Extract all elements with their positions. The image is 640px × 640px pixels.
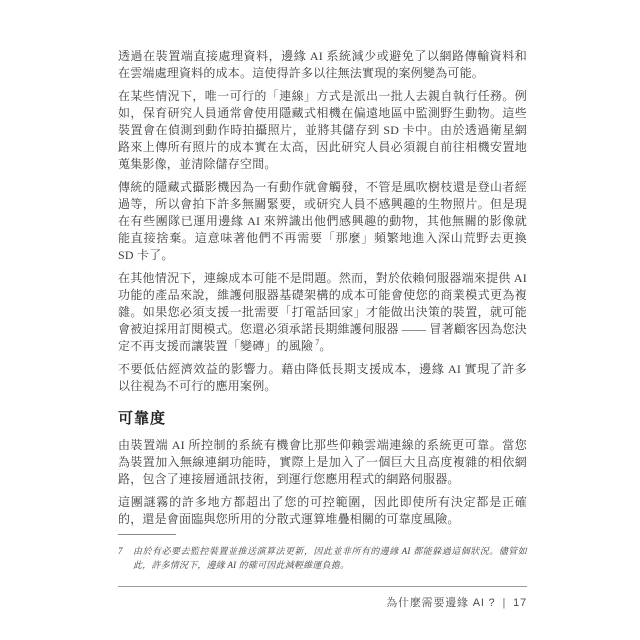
paragraph-4-tail: 。	[319, 339, 331, 353]
paragraph-2: 在某些情況下，唯一可行的「連線」方式是派出一批人去親自執行任務。例如，保育研究人…	[118, 88, 527, 173]
page-number: 17	[513, 597, 527, 609]
page-footer: 為什麼需要邊緣 AI ?|17	[118, 586, 527, 610]
paragraph-1: 透過在裝置端直接處理資料，邊緣 AI 系統減少或避免了以網路傳輸資料和在雲端處理…	[118, 48, 527, 82]
footer-line: 為什麼需要邊緣 AI ?|17	[118, 594, 527, 610]
footnote-text: 由於有必要去監控裝置並推送演算法更新，因此並非所有的邊緣 AI 都能躲過這個狀況…	[133, 544, 527, 572]
footnote-marker: 7	[118, 544, 133, 572]
paragraph-3: 傳統的隱藏式攝影機因為一有動作就會觸發，不管是風吹樹枝還是登山者經過等，所以會拍…	[118, 179, 527, 264]
section-heading-reliability: 可靠度	[118, 407, 527, 428]
paragraph-7: 這團謎霧的許多地方都超出了您的可控範圍，因此即使所有決定都是正確的，還是會面臨與…	[118, 494, 527, 528]
footnote-7: 7 由於有必要去監控裝置並推送演算法更新，因此並非所有的邊緣 AI 都能躲過這個…	[118, 544, 527, 572]
paragraph-5: 不要低估經濟效益的影響力。藉由降低長期支援成本，邊緣 AI 實現了許多以往視為不…	[118, 361, 527, 395]
footer-rule	[118, 586, 527, 587]
footnote-separator-rule	[118, 534, 176, 535]
footer-separator: |	[502, 597, 506, 609]
book-page: 透過在裝置端直接處理資料，邊緣 AI 系統減少或避免了以網路傳輸資料和在雲端處理…	[0, 0, 640, 640]
footnote-area: 7 由於有必要去監控裝置並推送演算法更新，因此並非所有的邊緣 AI 都能躲過這個…	[118, 534, 527, 572]
page-content: 透過在裝置端直接處理資料，邊緣 AI 系統減少或避免了以網路傳輸資料和在雲端處理…	[118, 48, 527, 534]
paragraph-4: 在其他情況下，連線成本可能不是問題。然而，對於依賴伺服器端來提供 AI 功能的產…	[118, 270, 527, 355]
paragraph-6: 由裝置端 AI 所控制的系統有機會比那些仰賴雲端連線的系統更可靠。當您為裝置加入…	[118, 437, 527, 488]
running-chapter-title: 為什麼需要邊緣 AI ?	[386, 597, 495, 609]
